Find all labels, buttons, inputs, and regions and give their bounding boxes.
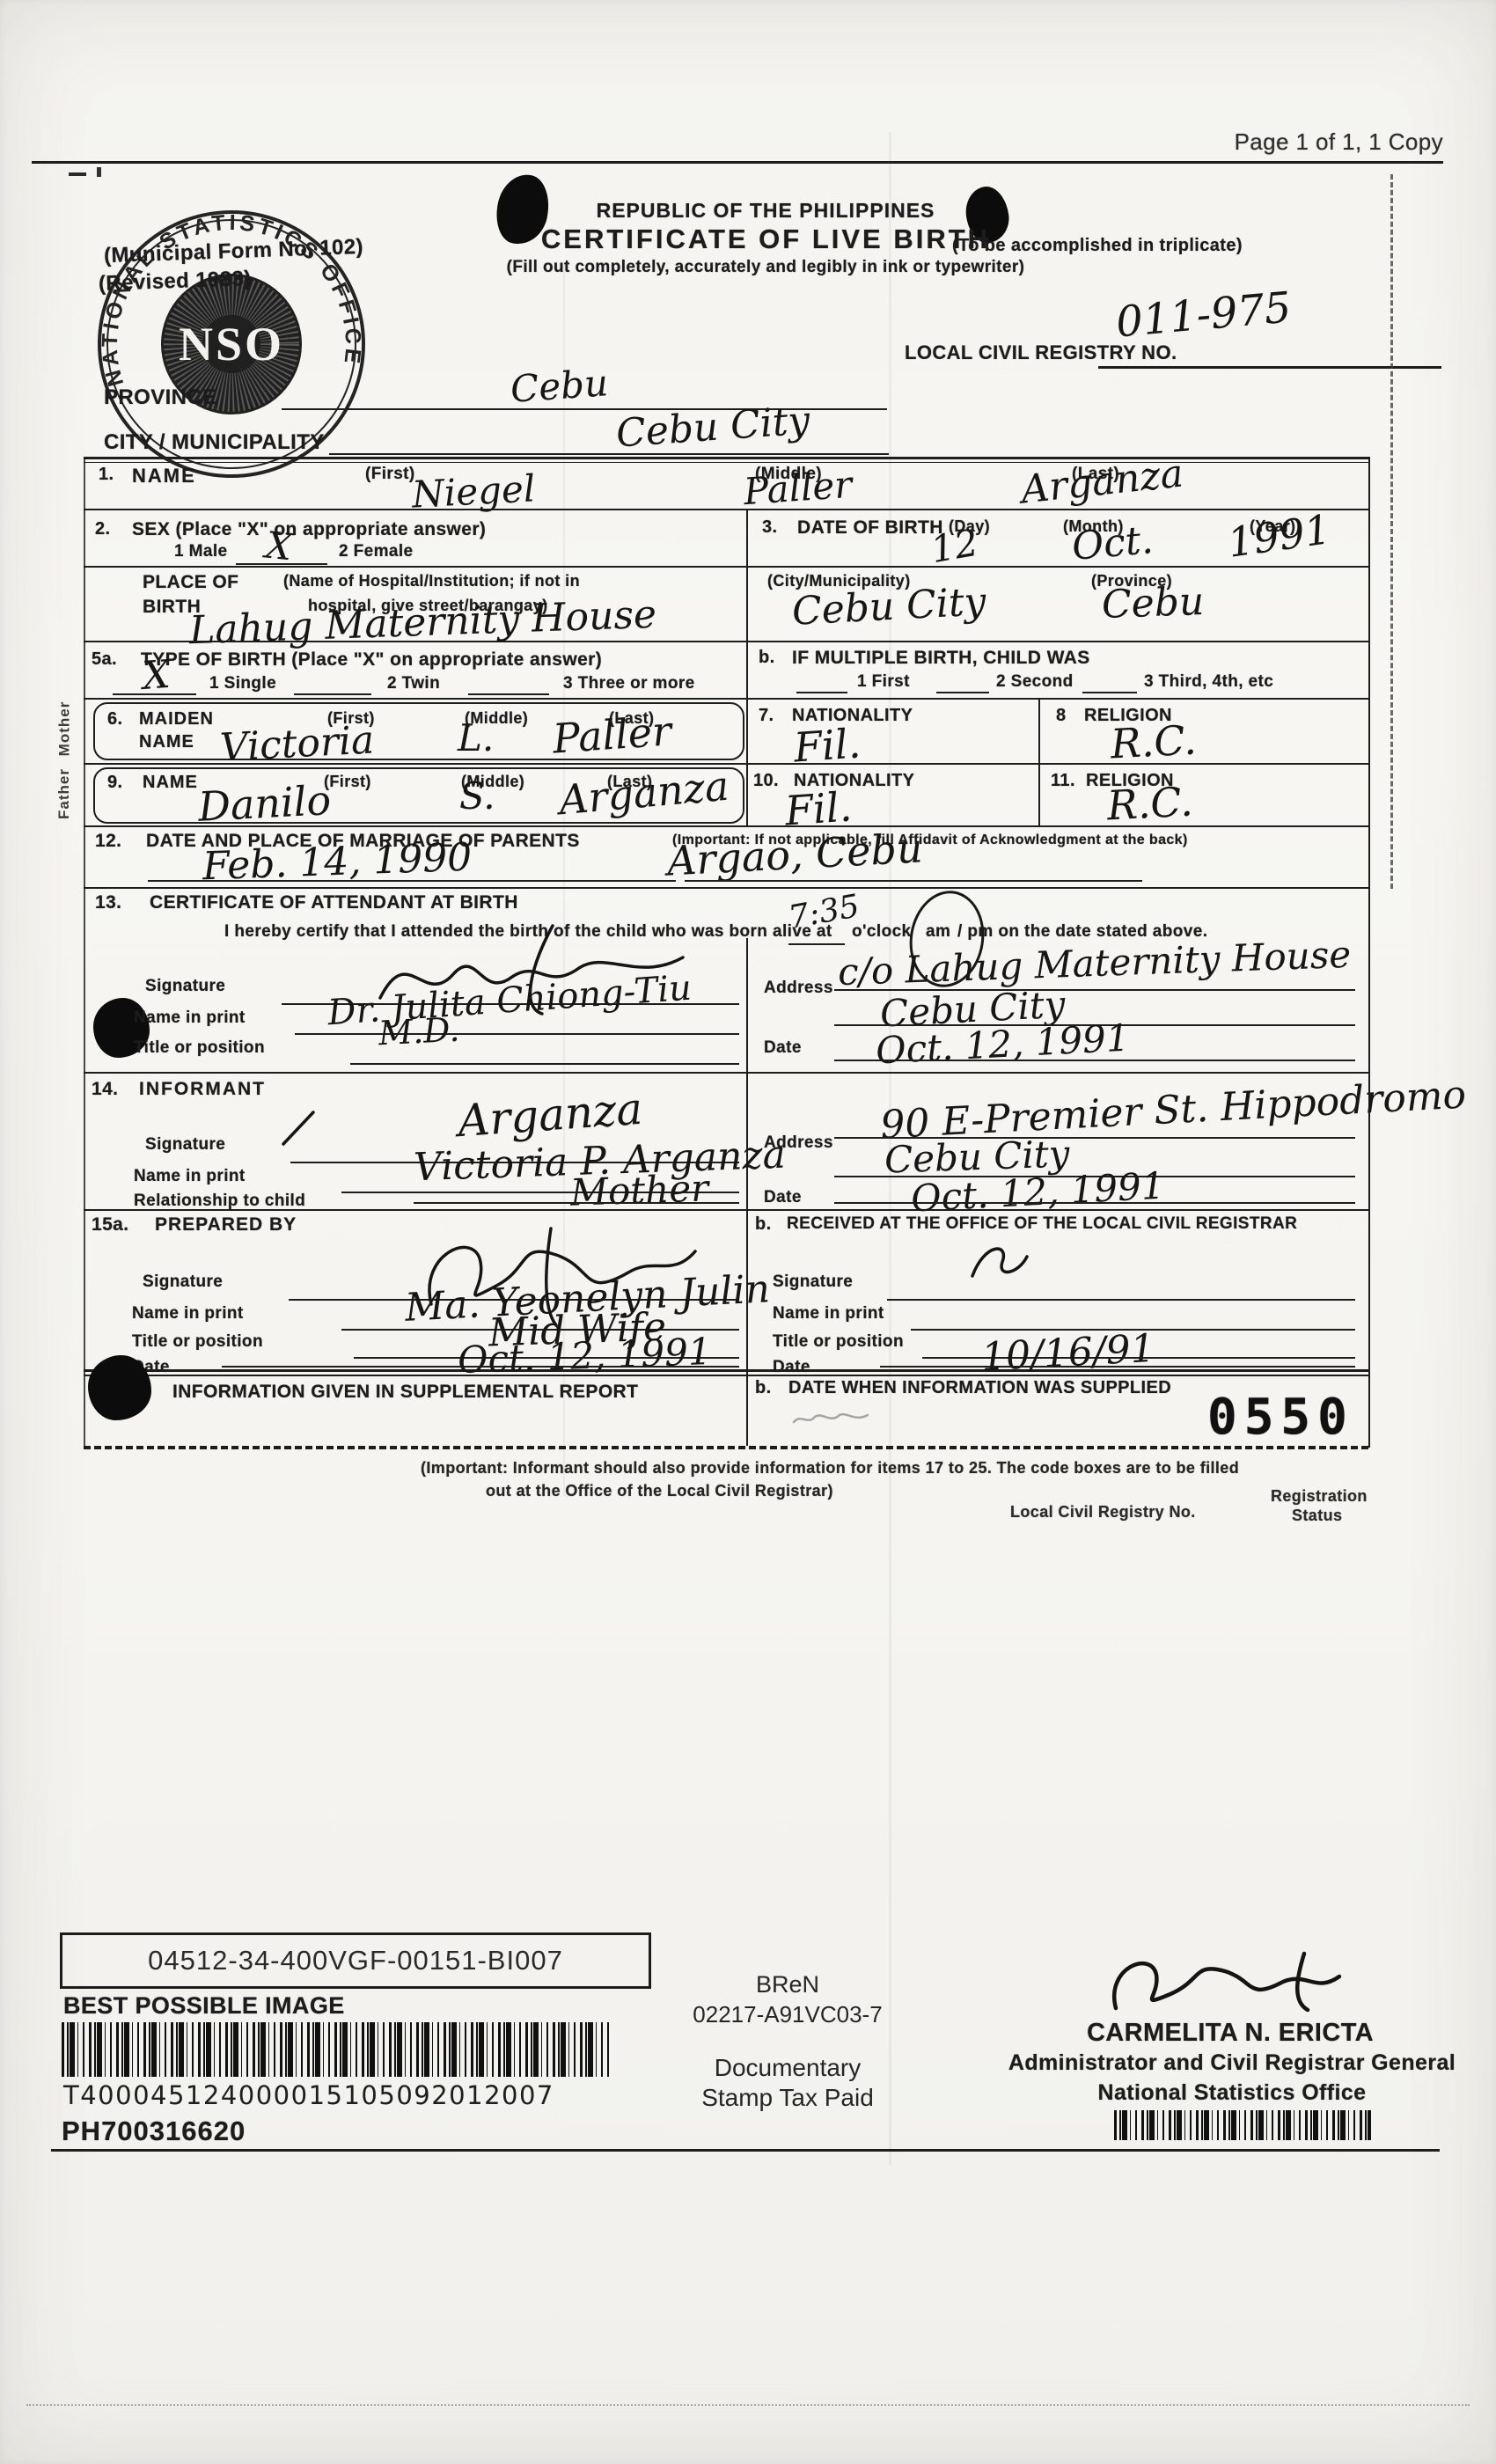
informant-relation-line	[414, 1202, 739, 1204]
prepared-date-value: Oct. 12, 1991	[457, 1330, 712, 1382]
tob-option-three: 3 Three or more	[563, 674, 695, 693]
attendant-title-label: Title or position	[134, 1038, 265, 1058]
item2-label: SEX (Place "X" on appropriate answer)	[132, 519, 486, 540]
child-first-name: Niegel	[411, 466, 537, 516]
informant-date-rule	[834, 1202, 1355, 1204]
footnote-regstatus-line1: Registration	[1271, 1487, 1368, 1506]
mother-middle-initial: L.	[458, 716, 494, 759]
grid-line	[746, 938, 748, 1446]
dob-day-value: 12	[928, 521, 981, 572]
type-of-birth-mark: X	[141, 652, 172, 699]
place-of-birth-value: Lahug Maternity House	[188, 592, 657, 654]
item13-number: 13.	[95, 892, 121, 913]
received-date-line	[880, 1366, 1355, 1368]
received-title-label: Title or position	[773, 1332, 904, 1352]
reference-number: 04512-34-400VGF-00151-BI007	[148, 1945, 563, 1976]
bren-label: BReN	[656, 1971, 920, 1998]
time-line	[788, 943, 845, 945]
grid-line	[746, 509, 748, 825]
informant-name-label: Name in print	[134, 1167, 246, 1186]
mb-line	[1082, 692, 1137, 693]
dob-month-value: Oct.	[1070, 517, 1155, 569]
item5a-label: TYPE OF BIRTH (Place "X" on appropriate …	[141, 649, 602, 671]
triplicate-note: (To be accomplished in triplicate)	[952, 236, 1243, 256]
attendant-title-value: M.D.	[378, 1010, 460, 1053]
item5a-number: 5a.	[92, 649, 117, 670]
tob-answer-line	[113, 693, 196, 695]
right-edge-dashed	[1390, 174, 1393, 889]
grid-line	[84, 457, 85, 1448]
informant-date-label: Date	[764, 1188, 802, 1207]
mb-option-first: 1 First	[857, 672, 910, 692]
attendant-name-line	[295, 1033, 739, 1035]
grid-line	[84, 1375, 1368, 1376]
birth-time-value: 7:35	[786, 888, 862, 935]
item1-number: 1.	[99, 465, 114, 485]
city-label: CITY / MUNICIPALITY	[104, 430, 325, 455]
grid-line	[84, 887, 1368, 889]
pob-city-value: Cebu City	[791, 579, 987, 634]
item10-number: 10.	[753, 771, 779, 791]
doc-stamp-line1: Documentary	[656, 2054, 920, 2082]
item9-first-sublabel: (First)	[324, 773, 371, 791]
mother-last-name: Paller	[551, 707, 672, 762]
item2-number: 2.	[95, 519, 110, 539]
top-rule	[32, 161, 1443, 164]
item13-label: CERTIFICATE OF ATTENDANT AT BIRTH	[150, 892, 518, 913]
received-signature-line	[887, 1299, 1355, 1301]
mother-religion: R.C.	[1110, 715, 1198, 767]
item3-number: 3.	[762, 517, 777, 538]
grid-line	[1038, 698, 1040, 825]
republic-line: REPUBLIC OF THE PHILIPPINES	[493, 199, 1038, 223]
registrar-title: Administrator and Civil Registrar Genera…	[994, 2050, 1470, 2076]
footnote-line1: (Important: Informant should also provid…	[421, 1459, 1239, 1478]
item15a-label: PREPARED BY	[155, 1214, 297, 1236]
bren-number: 02217-A91VC03-7	[656, 2001, 920, 2028]
prepared-signature-label: Signature	[143, 1272, 223, 1292]
received-signature-label: Signature	[773, 1272, 853, 1292]
item15b-number: b.	[755, 1214, 772, 1235]
item3-label: DATE OF BIRTH	[797, 517, 943, 539]
barcode-text: T400045124000015105092012007	[63, 2080, 554, 2110]
attendant-address-label: Address	[764, 979, 833, 998]
footnote-lcr-label: Local Civil Registry No.	[1010, 1503, 1196, 1522]
informant-relation-value: Mother	[569, 1166, 709, 1214]
item6-number: 6.	[107, 709, 122, 730]
item8-number: 8	[1056, 706, 1067, 726]
seal-center-text: NSO	[179, 318, 284, 370]
grid-line-dashed	[84, 1446, 1368, 1449]
doc-stamp-line2: Stamp Tax Paid	[656, 2084, 920, 2112]
marriage-line	[148, 880, 676, 882]
attendant-title-line	[350, 1063, 739, 1065]
item15b-label: RECEIVED AT THE OFFICE OF THE LOCAL CIVI…	[787, 1214, 1297, 1234]
mother-side-label: Mother	[55, 701, 73, 757]
item16-label: INFORMATION GIVEN IN SUPPLEMENTAL REPORT	[172, 1382, 638, 1403]
sex-option-female: 2 Female	[339, 542, 414, 561]
informant-relation-label: Relationship to child	[134, 1192, 305, 1211]
item5b-number: b.	[759, 648, 775, 668]
mb-option-second: 2 Second	[996, 672, 1074, 692]
pob-province-value: Cebu	[1101, 579, 1205, 627]
received-signature	[964, 1236, 1034, 1285]
item14-number: 14.	[92, 1079, 118, 1100]
grid-line	[84, 1072, 1368, 1074]
ph-number: PH700316620	[62, 2116, 246, 2147]
prepared-name-label: Name in print	[132, 1304, 244, 1324]
province-value: Cebu	[509, 361, 609, 411]
item4-label-line1: PLACE OF	[143, 572, 238, 593]
attendant-date-rule	[834, 1060, 1355, 1061]
father-side-label: Father	[55, 768, 73, 819]
received-date-value: 10/16/91	[980, 1326, 1156, 1380]
footnote-line2: out at the Office of the Local Civil Reg…	[486, 1482, 833, 1500]
registrar-office: National Statistics Office	[994, 2080, 1470, 2106]
fill-instruction: (Fill out completely, accurately and leg…	[466, 258, 1065, 277]
informant-address-label: Address	[764, 1133, 833, 1153]
attendant-name-label: Name in print	[134, 1008, 246, 1028]
father-first-name: Danilo	[197, 776, 333, 831]
received-date-label: Date	[773, 1358, 810, 1377]
tob-option-twin: 2 Twin	[387, 674, 440, 693]
item12-number: 12.	[95, 831, 121, 852]
small-barcode	[1114, 2110, 1371, 2140]
ink-blot	[88, 1355, 151, 1420]
barcode	[62, 2022, 609, 2077]
received-name-label: Name in print	[773, 1304, 884, 1324]
stamp-number: 0550	[1207, 1389, 1354, 1446]
item15a-number: 15a.	[92, 1214, 128, 1236]
sex-mark: X	[264, 524, 295, 569]
item9-number: 9.	[107, 773, 122, 793]
item1-first-sublabel: (First)	[365, 465, 415, 484]
item9-label: NAME	[143, 773, 198, 793]
attendant-date-label: Date	[764, 1038, 802, 1058]
sex-option-male: 1 Male	[174, 542, 228, 561]
item4-note-line1: (Name of Hospital/Institution; if not in	[283, 572, 580, 590]
item6-label-line2: NAME	[139, 732, 194, 752]
birth-certificate-scan: Page 1 of 1, 1 Copy NATIONAL STATISTICS …	[0, 0, 1496, 2464]
item6-label-line1: MAIDEN	[139, 709, 214, 730]
informant-signature-stroke	[278, 1107, 319, 1148]
grid-line	[1368, 457, 1370, 1448]
tob-line	[468, 693, 549, 695]
footnote-regstatus-line2: Status	[1292, 1507, 1342, 1525]
child-last-name: Arganza	[1019, 451, 1185, 512]
item7-number: 7.	[759, 706, 774, 726]
province-label: PROVINCE	[104, 385, 217, 410]
grid-line	[84, 1369, 1368, 1372]
mb-line	[796, 692, 847, 693]
item14-label: INFORMANT	[139, 1079, 266, 1100]
tob-line	[294, 693, 371, 695]
reference-number-box: 04512-34-400VGF-00151-BI007	[60, 1932, 651, 1989]
item1-label: NAME	[132, 465, 196, 488]
item16b-number: b.	[755, 1378, 772, 1398]
father-middle-initial: S.	[459, 774, 495, 818]
dob-year-value: 1991	[1225, 505, 1333, 567]
father-nationality: Fil.	[783, 782, 854, 834]
certify-oclock: o'clock	[852, 922, 912, 942]
registrar-name: CARMELITA N. ERICTA	[1045, 2019, 1415, 2048]
mb-line	[936, 692, 989, 693]
child-middle-name: Paller	[742, 463, 853, 513]
attendant-signature-label: Signature	[145, 977, 225, 996]
page-info: Page 1 of 1, 1 Copy	[1153, 128, 1443, 156]
item16b-label: DATE WHEN INFORMATION WAS SUPPLIED	[788, 1378, 1171, 1398]
scan-dotted-line	[26, 2404, 1470, 2406]
scan-mark	[97, 167, 101, 177]
prepared-title-label: Title or position	[132, 1332, 263, 1352]
mb-option-third: 3 Third, 4th, etc	[1144, 672, 1273, 692]
city-line	[329, 453, 889, 455]
mother-first-name: Victoria	[219, 717, 376, 770]
mother-nationality: Fil.	[792, 719, 862, 771]
item11-number: 11.	[1051, 771, 1075, 791]
city-value: Cebu City	[614, 398, 811, 456]
best-possible-image-label: BEST POSSIBLE IMAGE	[63, 1992, 345, 2020]
tob-option-single: 1 Single	[209, 674, 276, 693]
marriage-line	[685, 880, 1142, 882]
grid-line	[84, 698, 1368, 700]
scan-mark	[69, 172, 86, 176]
father-religion: R.C.	[1106, 777, 1194, 829]
faint-scribble	[792, 1408, 873, 1431]
informant-signature-label: Signature	[145, 1135, 225, 1155]
item5b-label: IF MULTIPLE BIRTH, CHILD WAS	[792, 648, 1090, 669]
bottom-rule	[51, 2149, 1440, 2152]
registry-no-value: 011-975	[1114, 282, 1294, 347]
grid-line	[84, 509, 1368, 510]
prepared-date-line	[222, 1366, 739, 1368]
registrar-signature	[1100, 1945, 1346, 2024]
